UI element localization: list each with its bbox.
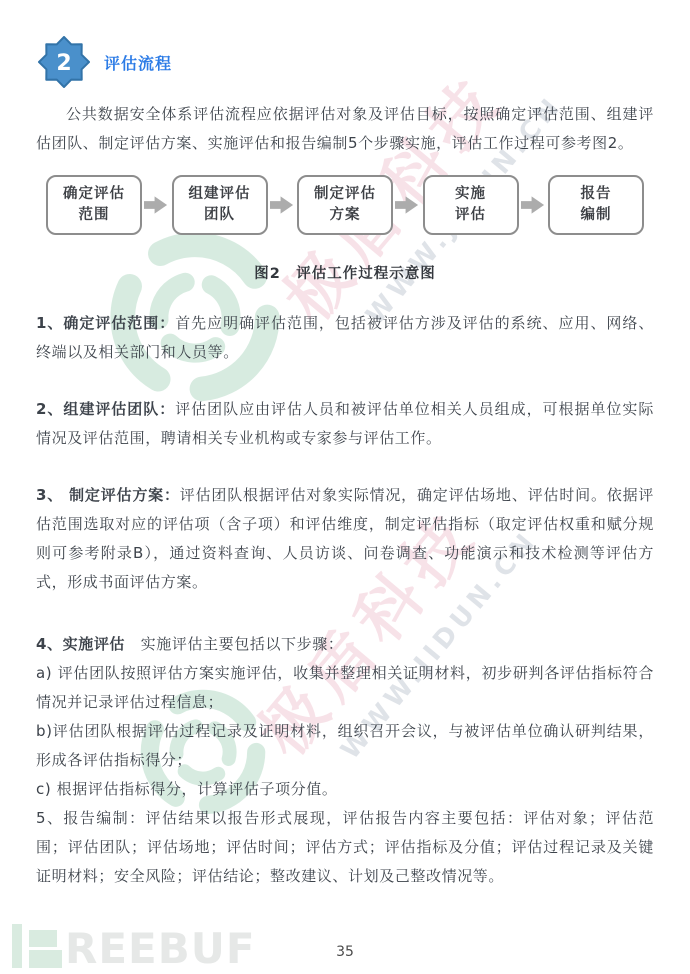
document-page: 极盾科技 WWW.JIDUN.CN 极盾科技 WWW.JIDUN.CN 2 评估… (0, 0, 690, 974)
right-arrow-icon (395, 194, 420, 216)
flow-step-build-team: 组建评估 团队 (172, 175, 268, 235)
right-arrow-icon (270, 194, 295, 216)
page-footer: REEBUF 35 (0, 912, 690, 974)
flow-step-label: 组建评估 (189, 184, 251, 205)
flow-step-define-scope: 确定评估 范围 (46, 175, 142, 235)
badge-number: 2 (56, 51, 71, 76)
section-1-lead: 1、确定评估范围： (36, 314, 175, 332)
section-4-lead: 4、实施评估 (36, 635, 125, 653)
flow-step-label: 团队 (204, 205, 235, 226)
page-content: 2 评估流程 公共数据安全体系评估流程应依据评估对象及评估目标，按照确定评估范围… (0, 0, 690, 891)
process-flowchart: 确定评估 范围 组建评估 团队 制定评估 方案 实施 评估 (36, 172, 654, 238)
section-4-substep-b: b)评估团队根据评估过程记录及证明材料，组织召开会议，与被评估单位确认研判结果，… (36, 717, 654, 775)
flow-step-label: 实施 (455, 184, 486, 205)
section-4-substep-a: a) 评估团队按照评估方案实施评估，收集并整理相关证明材料，初步研判各评估指标符… (36, 659, 654, 717)
section-4-substep-c: c) 根据评估指标得分，计算评估子项分值。 (36, 775, 654, 804)
section-3-paragraph: 3、 制定评估方案：评估团队根据评估对象实际情况，确定评估场地、评估时间。依据评… (36, 481, 654, 597)
flow-step-label: 制定评估 (314, 184, 376, 205)
figure-caption: 图2 评估工作过程示意图 (36, 262, 654, 283)
page-number: 35 (0, 944, 690, 960)
section-2-lead: 2、组建评估团队： (36, 400, 175, 418)
section-5-paragraph: 5、报告编制：评估结果以报告形式展现，评估报告内容主要包括：评估对象；评估范围；… (36, 804, 654, 891)
intro-paragraph: 公共数据安全体系评估流程应依据评估对象及评估目标，按照确定评估范围、组建评估团队… (36, 100, 654, 158)
flow-step-label: 评估 (455, 205, 486, 226)
star-badge-icon: 2 (36, 36, 92, 88)
flow-step-label: 报告 (581, 184, 612, 205)
flow-step-implement: 实施 评估 (423, 175, 519, 235)
section-1-paragraph: 1、确定评估范围：首先应明确评估范围，包括被评估方涉及评估的系统、应用、网络、终… (36, 309, 654, 367)
flow-step-make-plan: 制定评估 方案 (297, 175, 393, 235)
section-4-text: 实施评估主要包括以下步骤： (125, 635, 343, 653)
right-arrow-icon (144, 194, 169, 216)
flow-step-label: 范围 (79, 205, 110, 226)
page-title: 评估流程 (104, 51, 172, 74)
flow-step-label: 编制 (581, 205, 612, 226)
section-4-heading: 4、实施评估 实施评估主要包括以下步骤： (36, 630, 654, 659)
flow-step-label: 方案 (330, 205, 361, 226)
section-2-paragraph: 2、组建评估团队：评估团队应由评估人员和被评估单位相关人员组成，可根据单位实际情… (36, 395, 654, 453)
flow-step-report: 报告 编制 (548, 175, 644, 235)
right-arrow-icon (521, 194, 546, 216)
section-4-5-block: 4、实施评估 实施评估主要包括以下步骤： a) 评估团队按照评估方案实施评估，收… (36, 630, 654, 891)
section-header: 2 评估流程 (36, 36, 654, 88)
flow-step-label: 确定评估 (63, 184, 125, 205)
section-3-lead: 3、 制定评估方案： (36, 486, 180, 504)
section-5-lead: 5、报告编制： (36, 809, 146, 827)
